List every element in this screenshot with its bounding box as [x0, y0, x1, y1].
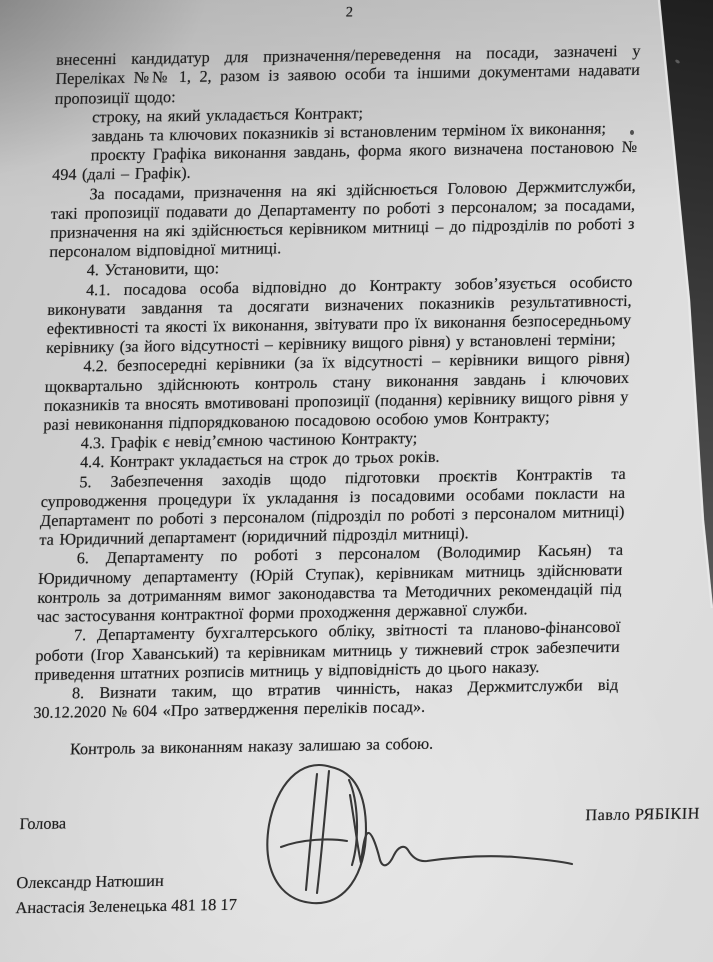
document-body: 2 внесенні кандидатур для призначення/пе… — [26, 0, 642, 920]
paragraph: 4.2. безпосередні керівники (за їх відсу… — [43, 349, 630, 435]
signature-row: Голова Павло РЯБІКІН — [29, 804, 700, 834]
executors-block: Олександр Натюшин Анастасія Зеленецька 4… — [15, 861, 612, 920]
paragraph: внесенні кандидатур для призначення/пере… — [54, 42, 640, 109]
dust-speck — [675, 59, 681, 64]
paragraph: 4.1. посадова особа відповідно до Контра… — [46, 272, 633, 358]
signer-name: Павло РЯБІКІН — [585, 804, 700, 825]
paragraph: 8. Визнати таким, що втратив чинність, н… — [33, 676, 619, 724]
paragraph: За посадами, призначення на які здійснює… — [49, 176, 636, 262]
paragraph: 7. Департаменту бухгалтерського обліку, … — [34, 618, 620, 685]
scanned-document-photo: 2 внесенні кандидатур для призначення/пе… — [0, 0, 713, 962]
paragraph: 6. Департаменту по роботі з персоналом (… — [36, 541, 623, 627]
order-text: внесенні кандидатур для призначення/пере… — [33, 42, 641, 723]
paragraph: 5. Забезпечення заходів щодо підготовки … — [39, 464, 626, 550]
control-statement: Контроль за виконанням наказу залишаю за… — [32, 732, 617, 760]
position-title: Голова — [19, 814, 66, 834]
